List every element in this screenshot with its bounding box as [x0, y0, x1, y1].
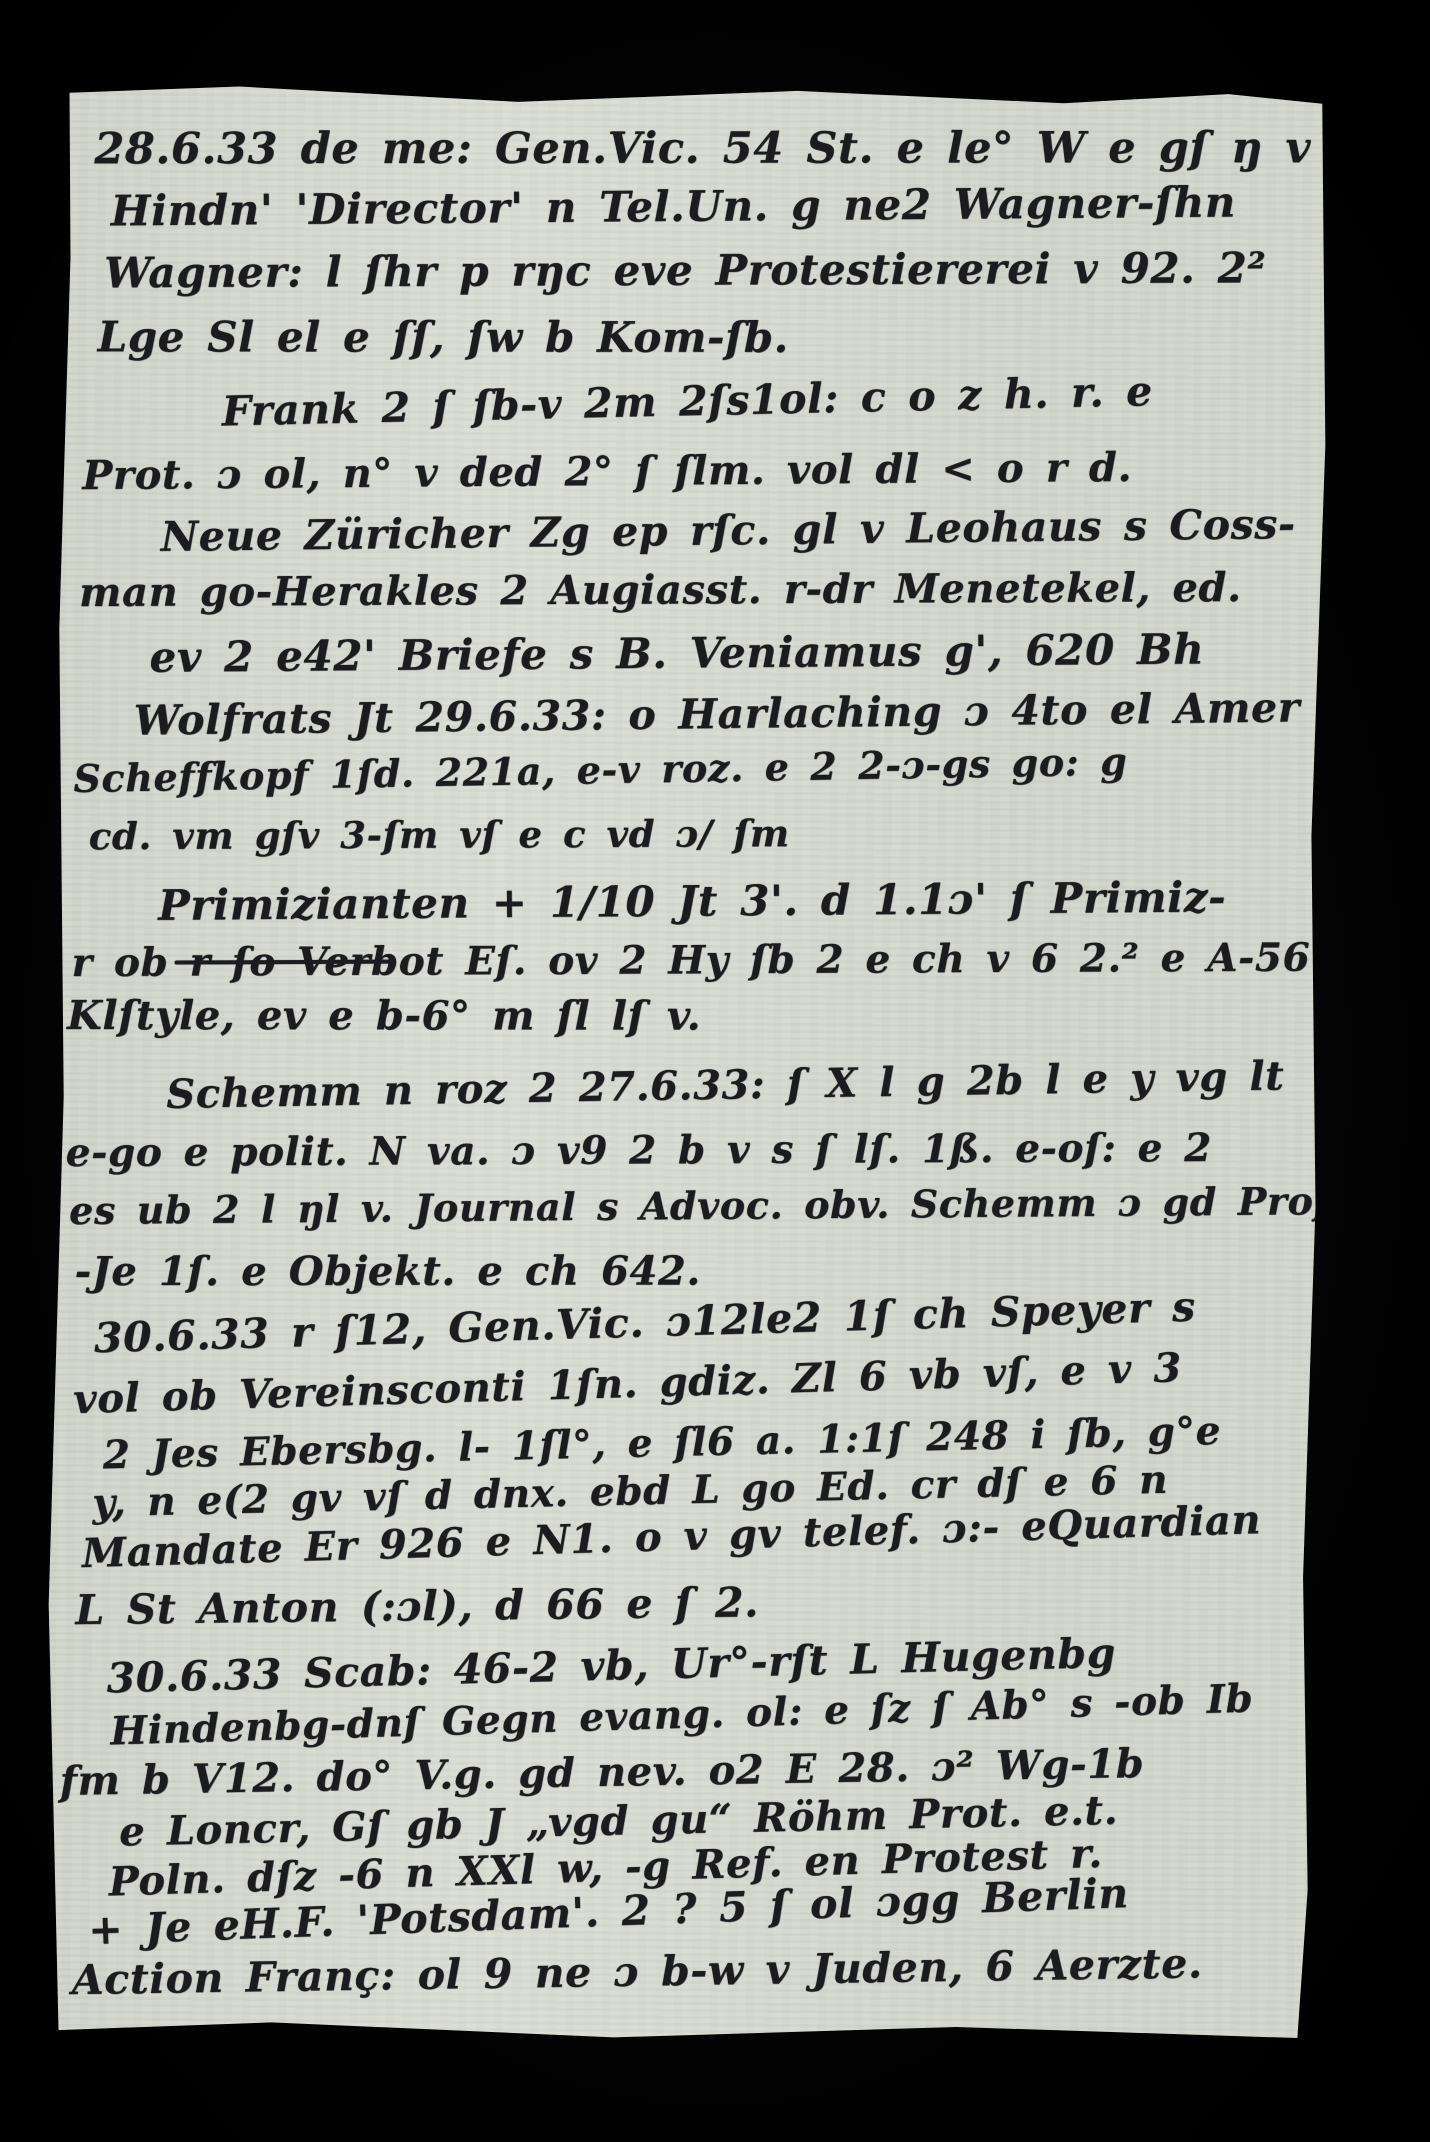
manuscript-line: Scheffkopf 1ſd. 221a, e-v roz. e 2 2-ɔ-g… — [73, 739, 1128, 801]
manuscript-line: Prot. ɔ ol, n° v ded 2° ſ ſlm. vol dl < … — [82, 444, 1132, 499]
manuscript-line: Neue Züricher Zg ep rſc. gl v Leohaus s … — [160, 500, 1295, 561]
manuscript-line: Wolfrats Jt 29.6.33: o Harlaching ɔ 4to … — [134, 683, 1301, 744]
manuscript-line: Wagner: l ſhr p rŋc eve Protestiererei v… — [104, 243, 1266, 297]
manuscript-line: Frank 2 ſ ſb-v 2m 2ſs1ol: c o z h. r. e — [221, 367, 1153, 435]
manuscript-page: 28.6.33 de me: Gen.Vic. 54 St. e le° W e… — [43, 82, 1330, 2046]
scan-background: 28.6.33 de me: Gen.Vic. 54 St. e le° W e… — [0, 0, 1430, 2142]
manuscript-line: Lge Sl el e ſſ, ſw b Kom-ſb. — [98, 312, 789, 362]
manuscript-line: 28.6.33 de me: Gen.Vic. 54 St. e le° W e… — [94, 123, 1311, 174]
manuscript-line: Action Franç: ol 9 ne ɔ b-w v Juden, 6 A… — [71, 1939, 1203, 2004]
manuscript-line: man go-Herakles 2 Augiasst. r-dr Menetek… — [79, 564, 1242, 616]
manuscript-line: e-go e polit. N va. ɔ v9 2 b v s ſ lſ. 1… — [66, 1125, 1212, 1176]
manuscript-line: es ub 2 l ŋl v. Journal s Advoc. obv. Sc… — [69, 1178, 1343, 1233]
manuscript-line: L St Anton (:ɔl), d 66 e ſ 2. — [75, 1578, 759, 1634]
manuscript-line: ev 2 e42' Briefe s B. Veniamus g', 620 B… — [149, 624, 1204, 681]
manuscript-line: Schemm n roz 2 27.6.33: ſ X l g 2b l e y… — [166, 1052, 1285, 1118]
manuscript-line: Klſtyle, ev e b-6° m ſl lſ v. — [67, 992, 701, 1040]
manuscript-line: -Je 1ſ. e Objekt. e ch 642. — [75, 1248, 701, 1296]
manuscript-line: cd. vm gſv 3-ſm vſ e c vd ɔ/ ſm — [89, 811, 790, 858]
manuscript-text-block: 28.6.33 de me: Gen.Vic. 54 St. e le° W e… — [62, 82, 1330, 94]
manuscript-line: Primizianten + 1/10 Jt 3'. d 1.1ɔ' ſ Pri… — [158, 872, 1226, 929]
manuscript-line: Hindn' 'Director' n Tel.Un. g ne2 Wagner… — [111, 178, 1236, 236]
